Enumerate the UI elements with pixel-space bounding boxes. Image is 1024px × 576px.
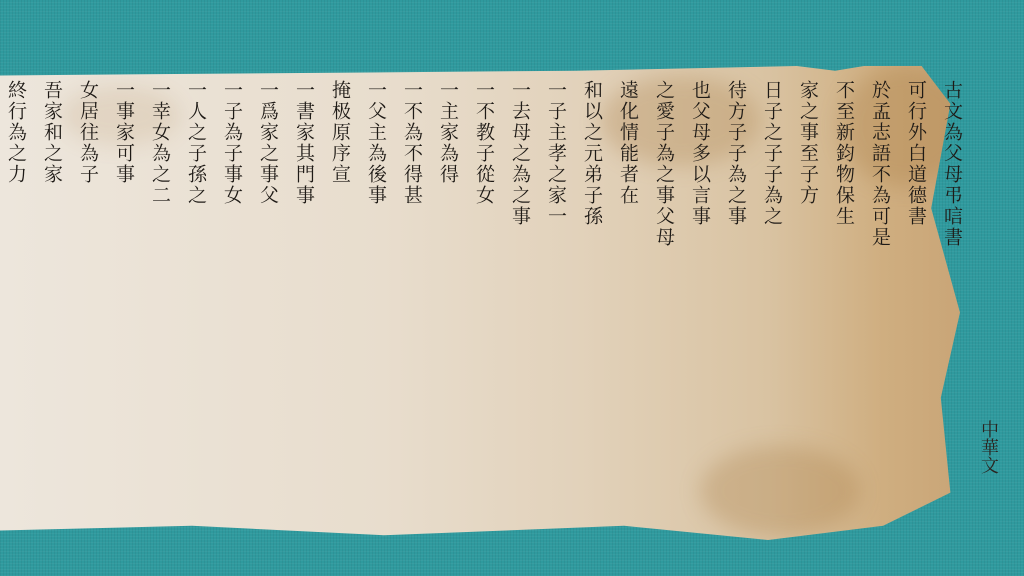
text-column: 也父母多以言事	[686, 80, 714, 530]
text-column: 吾家和之家	[38, 80, 66, 530]
text-column: 女居往為子	[74, 80, 102, 530]
text-column: 一不教子從女	[470, 80, 498, 530]
text-column: 一爲家之事父	[254, 80, 282, 530]
text-column: 一事家可事	[110, 80, 138, 530]
text-column: 一幸女為之二	[146, 80, 174, 530]
text-column: 於孟志語不為可是	[866, 80, 894, 530]
text-column: 之愛子為之事父母	[650, 80, 678, 530]
text-column: 一子主孝之家一	[542, 80, 570, 530]
text-column: 一子為子事女	[218, 80, 246, 530]
signature: 中華文	[975, 420, 1001, 474]
text-column: 一不為不得甚	[398, 80, 426, 530]
text-column: 不至新鈞物保生	[830, 80, 858, 530]
text-column: 一去母之為之事	[506, 80, 534, 530]
text-column: 一人之子孫之	[182, 80, 210, 530]
text-column: 古文為父母弔唁書	[938, 80, 966, 530]
manuscript-text-columns: 古文為父母弔唁書可行外白道德書於孟志語不為可是不至新鈞物保生家之事至子方日子之子…	[0, 80, 966, 530]
text-column: 可行外白道德書	[902, 80, 930, 530]
text-column: 家之事至子方	[794, 80, 822, 530]
text-column: 和以之元弟子孫	[578, 80, 606, 530]
text-column: 遠化情能者在	[614, 80, 642, 530]
text-column: 掩极原序宣	[326, 80, 354, 530]
text-column: 待方子子為之事	[722, 80, 750, 530]
text-column: 日子之子子為之	[758, 80, 786, 530]
text-column: 一主家為得	[434, 80, 462, 530]
text-column: 終行為之力	[2, 80, 30, 530]
text-column: 一書家其門事	[290, 80, 318, 530]
text-column: 一父主為後事	[362, 80, 390, 530]
